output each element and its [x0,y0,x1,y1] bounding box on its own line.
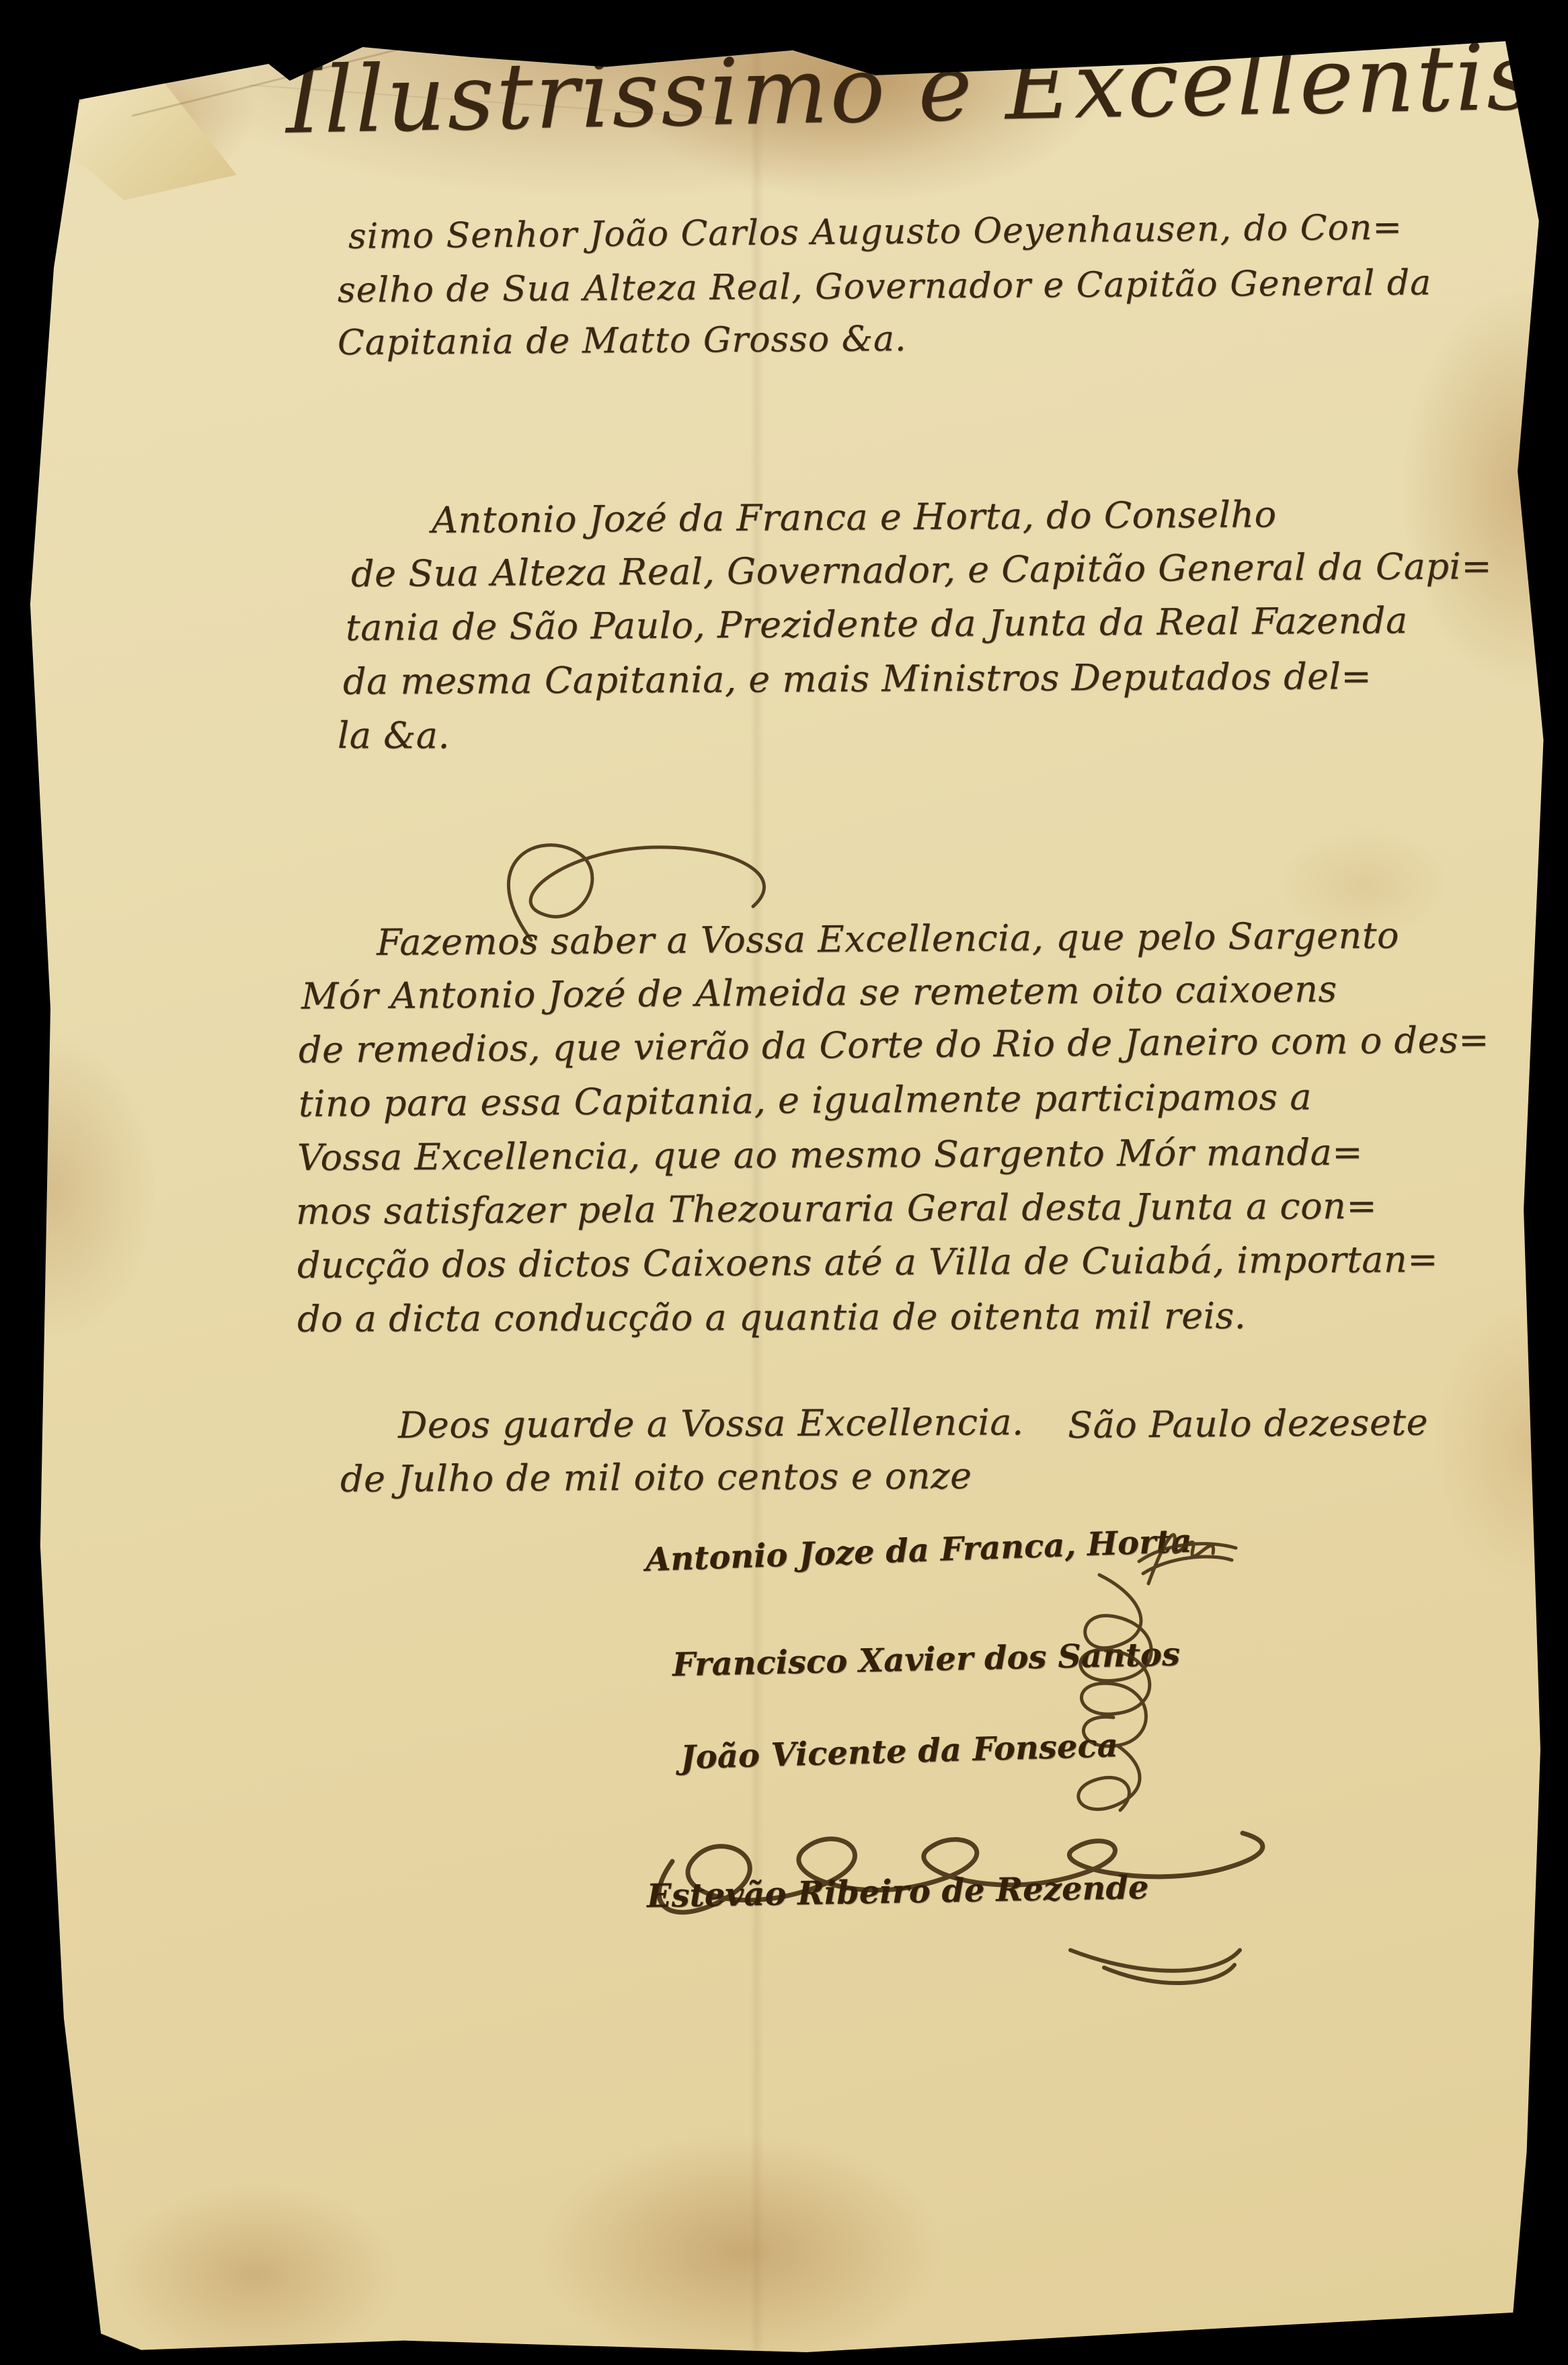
sender-line: tania de São Paulo, Prezidente da Junta … [346,599,1408,649]
sender-line: Antonio Jozé da Franca e Horta, do Conse… [432,493,1277,541]
body-line: Vossa Excellencia, que ao mesmo Sargento… [297,1131,1363,1179]
manuscript-page: Illustrissimo e Excellentis= simo Senhor… [27,20,1546,2357]
sender-line: de Sua Alteza Real, Governador, e Capitã… [351,545,1492,595]
body-line: mos satisfazer pela Thezouraria Geral de… [296,1185,1377,1233]
body-line: Mór Antonio Jozé de Almeida se remetem o… [301,968,1337,1017]
closing-date-continuation: de Julho de mil oito centos e onze [340,1455,972,1500]
body-line: do a dicta conducção a quantia de oitent… [297,1294,1246,1340]
closing-place-date: São Paulo dezesete [1068,1401,1428,1446]
body-line: de remedios, que vierão da Corte do Rio … [299,1019,1489,1071]
photo-background: Illustrissimo e Excellentis= simo Senhor… [0,0,1568,2365]
salutation-line: Capitania de Matto Grosso &a. [338,319,907,363]
salutation-line: simo Senhor João Carlos Augusto Oeyenhau… [348,207,1403,257]
salutation-line: selho de Sua Alteza Real, Governador e C… [338,263,1432,311]
closing-salute: Deos guarde a Vossa Excellencia. [398,1401,1024,1446]
body-line: Fazemos saber a Vossa Excellencia, que p… [377,914,1399,964]
sender-line: da mesma Capitania, e mais Ministros Dep… [343,655,1372,703]
signature-swoosh-flourish [1062,1935,1251,2003]
sender-line: la &a. [338,714,450,757]
paper-fold-top-left [39,62,241,203]
body-line: tino para essa Capitania, e igualmente p… [299,1075,1312,1125]
salutation-large-line: Illustrissimo e Excellentis= [284,23,1568,155]
body-line: ducção dos dictos Caixoens até a Villa d… [297,1238,1438,1286]
